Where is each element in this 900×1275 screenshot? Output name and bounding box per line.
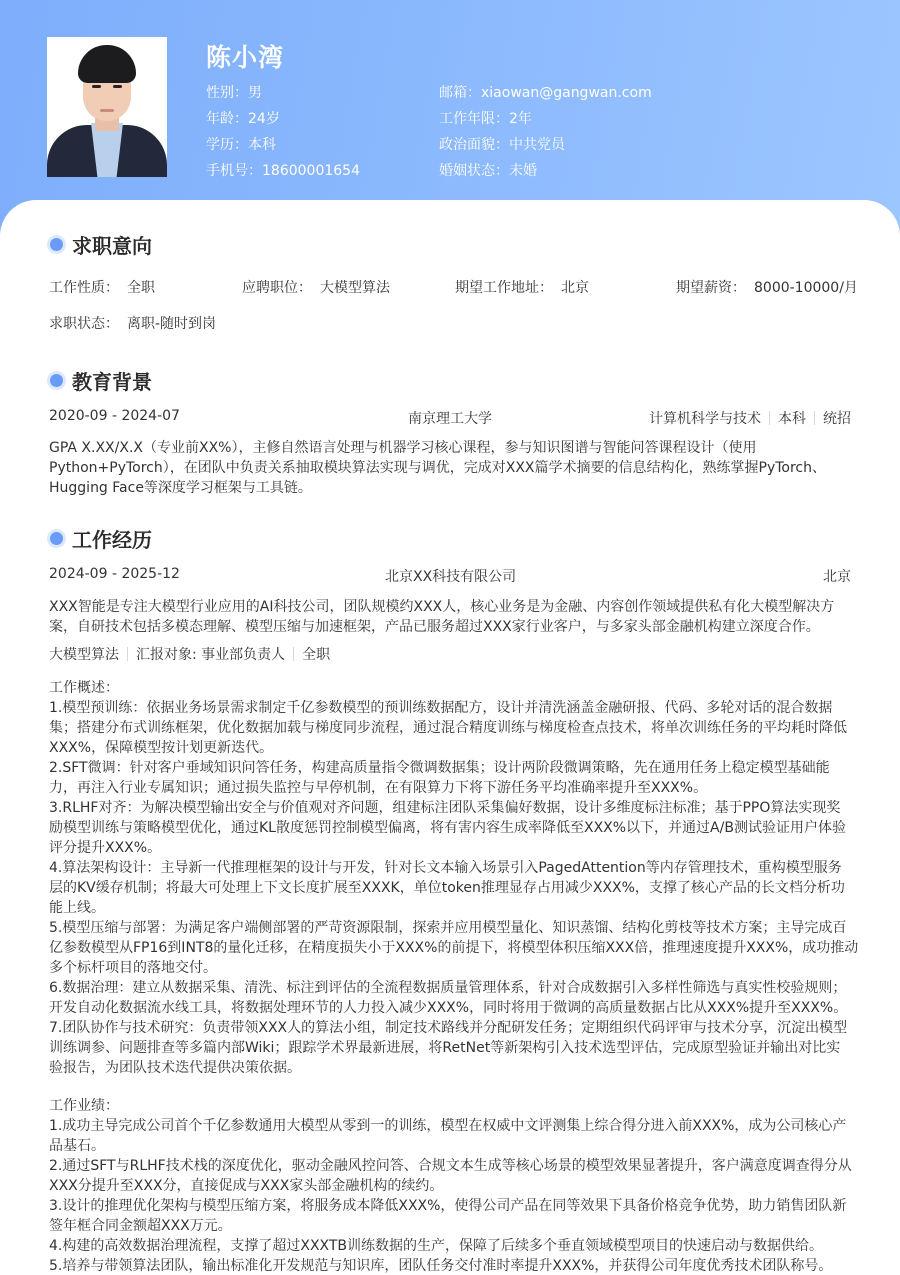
info-age: 年龄：24岁	[206, 106, 360, 132]
intent-salary: 期望薪资：8000-10000/月	[676, 277, 858, 297]
divider	[769, 411, 770, 425]
company-intro: XXX智能是专注大模型行业应用的AI科技公司，团队规模约XXX人，核心业务是为金…	[49, 597, 854, 637]
profile-info-left: 性别：男 年龄：24岁 学历：本科 手机号：18600001654	[206, 80, 360, 184]
bullet-dot-icon	[50, 238, 63, 251]
intent-job-type: 工作性质：全职	[49, 277, 155, 297]
bullet-dot-icon	[50, 532, 63, 545]
section-title-education: 教育背景	[47, 366, 152, 395]
avatar	[47, 37, 167, 177]
info-phone: 手机号：18600001654	[206, 158, 360, 184]
candidate-name: 陈小湾	[206, 38, 284, 74]
work-achievements: 工作业绩： 1.成功主导完成公司首个千亿参数通用大模型从零到一的训练，模型在权威…	[49, 1096, 854, 1275]
info-email: 邮箱：xiaowan@gangwan.com	[439, 80, 652, 106]
education-degree: 本科	[778, 411, 806, 427]
profile-info-right: 邮箱：xiaowan@gangwan.com 工作年限：2年 政治面貌：中共党员…	[439, 80, 652, 184]
work-company: 北京XX科技有限公司	[385, 566, 516, 586]
education-details: 计算机科学与技术本科统招	[649, 408, 851, 428]
work-summary: 工作概述： 1.模型预训练：依据业务场景需求制定千亿参数模型的预训练数据配方，设…	[49, 678, 854, 1078]
divider	[127, 647, 128, 661]
intent-position: 应聘职位：大模型算法	[242, 277, 390, 297]
info-education: 学历：本科	[206, 132, 360, 158]
work-tag-type: 全职	[302, 647, 330, 663]
work-period: 2024-09 - 2025-12	[49, 566, 180, 582]
education-period: 2020-09 - 2024-07	[49, 408, 180, 424]
divider	[814, 411, 815, 425]
work-tag-report: 汇报对象: 事业部负责人	[136, 647, 285, 663]
intent-status: 求职状态：离职-随时到岗	[49, 313, 216, 333]
section-title-work: 工作经历	[47, 524, 152, 553]
work-tag-role: 大模型算法	[49, 647, 119, 663]
education-major: 计算机科学与技术	[649, 411, 761, 427]
section-title-job-intent: 求职意向	[47, 230, 152, 259]
info-political-status: 政治面貌：中共党员	[439, 132, 652, 158]
bullet-dot-icon	[50, 374, 63, 387]
education-school: 南京理工大学	[408, 408, 492, 428]
info-gender: 性别：男	[206, 80, 360, 106]
info-work-years: 工作年限：2年	[439, 106, 652, 132]
work-city: 北京	[823, 566, 851, 586]
education-type: 统招	[823, 411, 851, 427]
education-description: GPA X.XX/X.X（专业前XX%），主修自然语言处理与机器学习核心课程，参…	[49, 438, 854, 498]
intent-location: 期望工作地址：北京	[455, 277, 589, 297]
divider	[293, 647, 294, 661]
info-marital-status: 婚姻状态：未婚	[439, 158, 652, 184]
work-tags: 大模型算法汇报对象: 事业部负责人全职	[49, 644, 330, 664]
